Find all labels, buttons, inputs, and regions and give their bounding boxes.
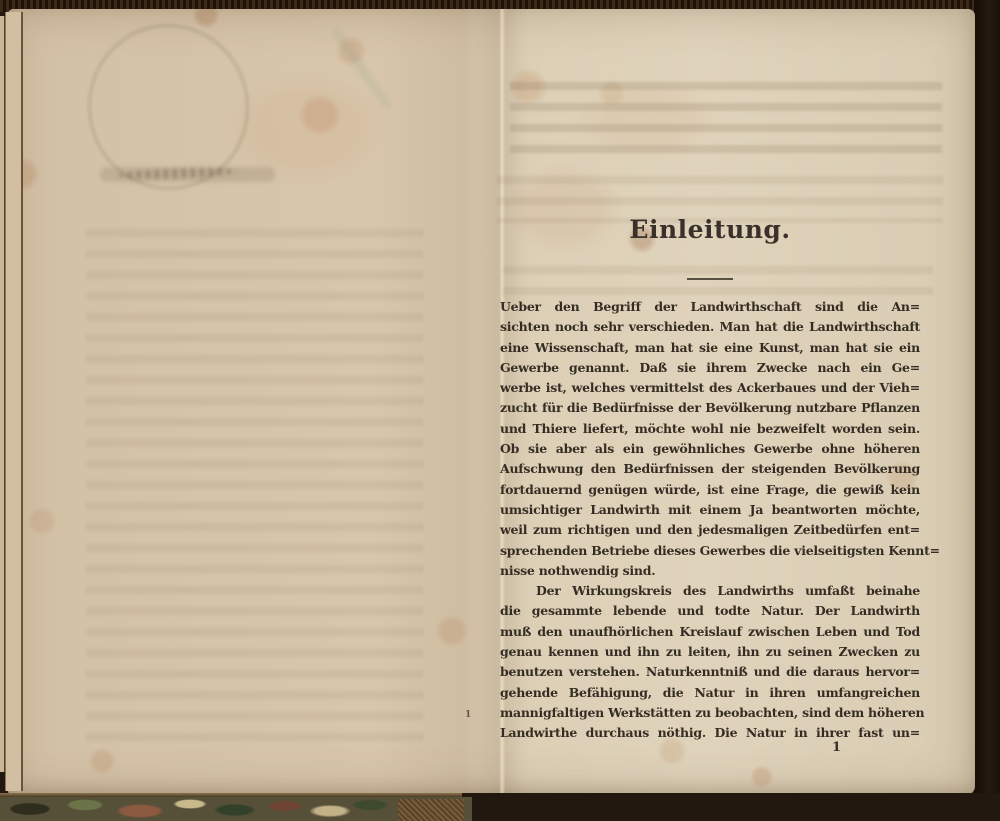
text-line: Gewerbe genannt. Daß sie ihrem Zwecke na… <box>500 358 920 378</box>
text-line: fortdauernd genügen würde, ist eine Frag… <box>500 480 920 500</box>
text-line: eine Wissenschaft, man hat sie eine Kuns… <box>500 338 920 358</box>
paragraph: Ueber den Begriff der Landwirthschaft si… <box>500 297 920 581</box>
cover-bottom-dark <box>462 793 1000 821</box>
text-line: gehende Befähigung, die Natur in ihren u… <box>500 683 920 703</box>
text-line: sichten noch sehr verschieden. Man hat d… <box>500 317 920 337</box>
text-line: Ob sie aber als ein gewöhnliches Gewerbe… <box>500 439 920 459</box>
text-line: weil zum richtigen und den jedesmaligen … <box>500 520 920 540</box>
text-line: genau kennen und ihn zu leiten, ihn zu s… <box>500 642 920 662</box>
pencil-mark <box>331 27 393 111</box>
text-line: die gesammte lebende und todte Natur. De… <box>500 601 920 621</box>
open-book-spread: Einleitung. Ueber den Begriff der Landwi… <box>8 9 975 795</box>
text-line: Der Wirkungskreis des Landwirths umfaßt … <box>500 581 920 601</box>
library-stamp <box>77 14 260 201</box>
text-line: umsichtiger Landwirth mit einem Ja beant… <box>500 500 920 520</box>
book-edge-right <box>974 0 1000 821</box>
text-line: Aufschwung den Bedürfnissen der steigend… <box>500 459 920 479</box>
bleed-through-text <box>510 77 942 165</box>
page-number: 1 <box>832 740 862 755</box>
text-line: sprechenden Betriebe dieses Gewerbes die… <box>500 541 920 561</box>
text-line: und Thiere liefert, möchte wohl nie bezw… <box>500 419 920 439</box>
text-line: Ueber den Begriff der Landwirthschaft si… <box>500 297 920 317</box>
text-line: muß den unaufhörlichen Kreislauf zwische… <box>500 622 920 642</box>
chapter-heading: Einleitung. <box>500 215 920 244</box>
text-line: werbe ist, welches vermittelst des Acker… <box>500 378 920 398</box>
bleed-through-text <box>86 224 424 752</box>
text-line: benutzen verstehen. Naturkenntniß und di… <box>500 662 920 682</box>
right-page: Einleitung. Ueber den Begriff der Landwi… <box>455 9 975 795</box>
signature-mark: 1 <box>465 710 471 720</box>
text-line: nisse nothwendig sind. <box>500 561 920 581</box>
body-text: Ueber den Begriff der Landwirthschaft si… <box>500 297 920 744</box>
marbled-cover-bottom <box>0 797 472 821</box>
book-scan: Einleitung. Ueber den Begriff der Landwi… <box>0 0 1000 821</box>
text-line: mannigfaltigen Werkstätten zu beobachten… <box>500 703 920 723</box>
page-edges-left <box>0 10 26 797</box>
paragraph: Der Wirkungskreis des Landwirths umfaßt … <box>500 581 920 743</box>
heading-divider <box>500 265 920 284</box>
text-line: zucht für die Bedürfnisse der Bevölkerun… <box>500 398 920 418</box>
left-page-blank <box>8 9 455 795</box>
leather-corner-patch <box>398 799 464 821</box>
